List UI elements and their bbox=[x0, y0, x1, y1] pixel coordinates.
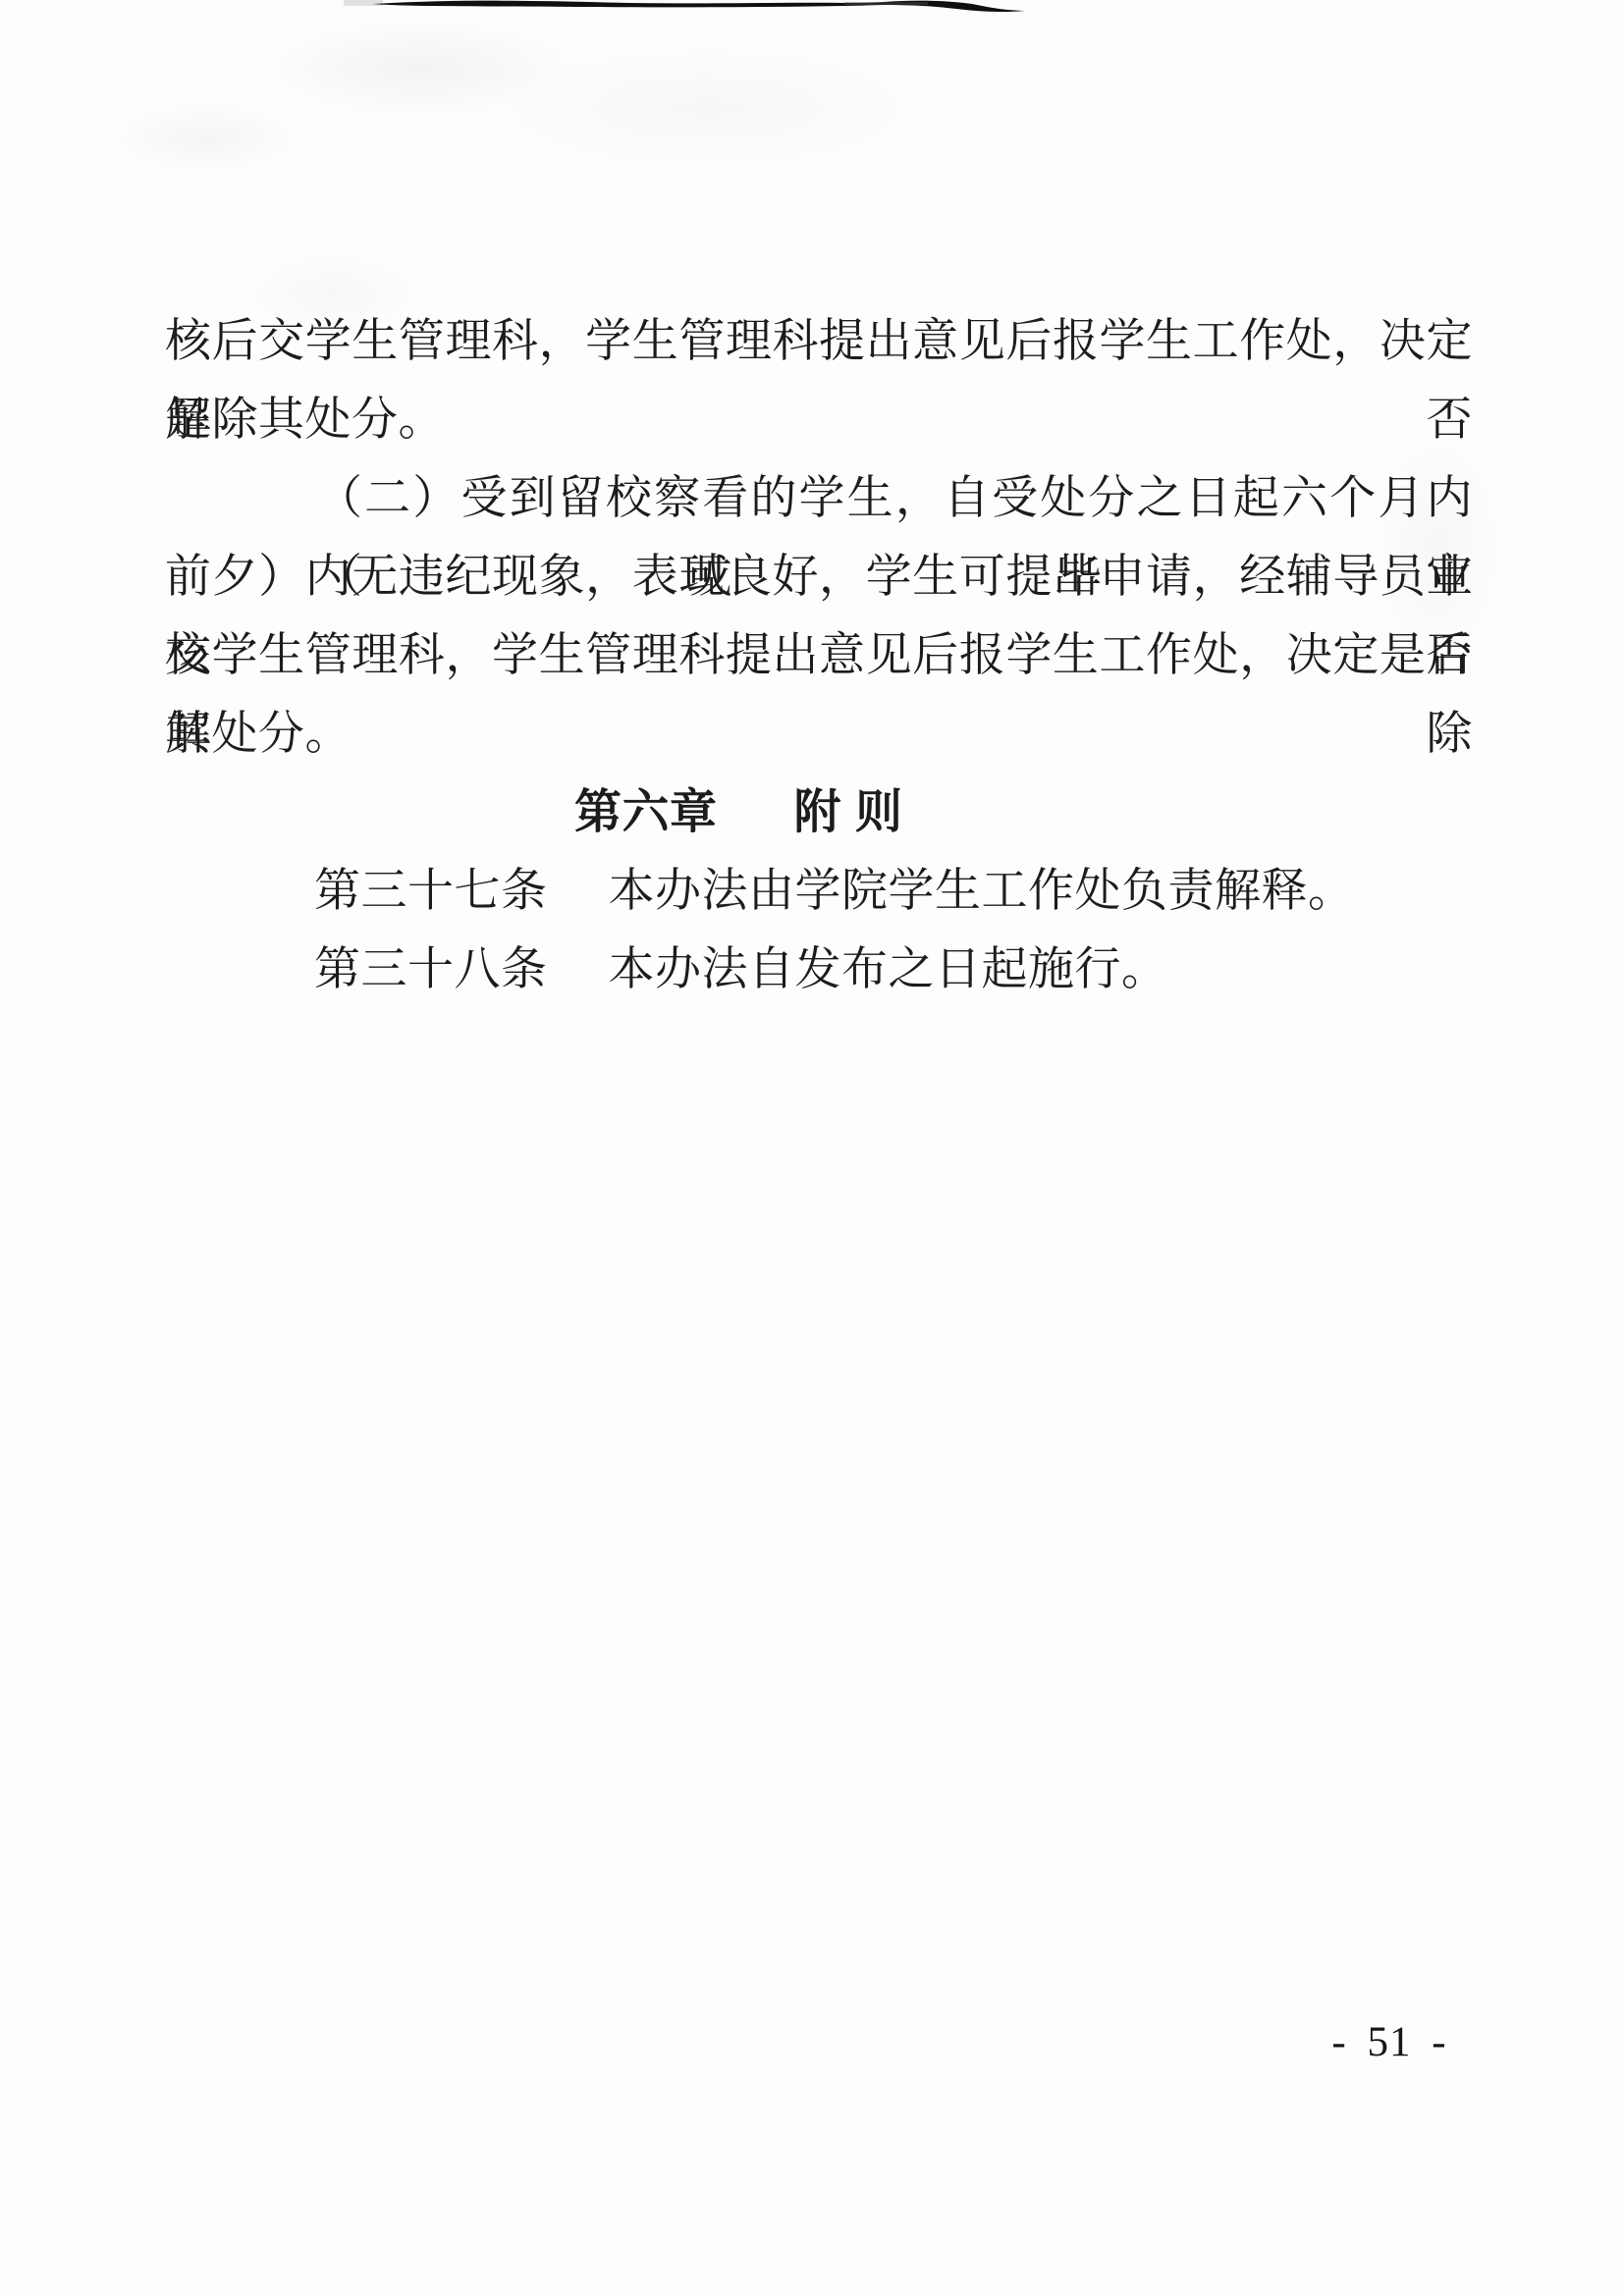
document-page: 核后交学生管理科，学生管理科提出意见后报学生工作处，决定是否 解除其处分。 （二… bbox=[0, 0, 1623, 2296]
body-line: 核后交学生管理科，学生管理科提出意见后报学生工作处，决定是否 bbox=[165, 302, 1473, 381]
body-line: 交学生管理科，学生管理科提出意见后报学生工作处，决定是否解除 bbox=[165, 616, 1473, 695]
article-line: 第三十八条本办法自发布之日起施行。 bbox=[165, 931, 1473, 1009]
article-number: 第三十七条 bbox=[314, 866, 548, 917]
page-number: - 51 - bbox=[1316, 2020, 1463, 2065]
article-text: 本办法由学院学生工作处负责解释。 bbox=[609, 866, 1355, 917]
chapter-heading: 第六章附 则 bbox=[165, 774, 1473, 852]
body-line: 前夕）内无违纪现象，表现良好，学生可提出申请，经辅导员审核后 bbox=[165, 538, 1473, 616]
article-line: 第三十七条本办法由学院学生工作处负责解释。 bbox=[165, 852, 1473, 931]
chapter-title: 附 则 bbox=[794, 786, 903, 838]
article-number: 第三十八条 bbox=[314, 944, 548, 995]
body-line: （二）受到留校察看的学生，自受处分之日起六个月内（或毕业 bbox=[165, 459, 1473, 538]
scan-smudge-artifact bbox=[0, 0, 1623, 24]
document-text-block: 核后交学生管理科，学生管理科提出意见后报学生工作处，决定是否 解除其处分。 （二… bbox=[165, 302, 1473, 1009]
article-text: 本办法自发布之日起施行。 bbox=[609, 944, 1168, 995]
chapter-number: 第六章 bbox=[574, 786, 718, 838]
